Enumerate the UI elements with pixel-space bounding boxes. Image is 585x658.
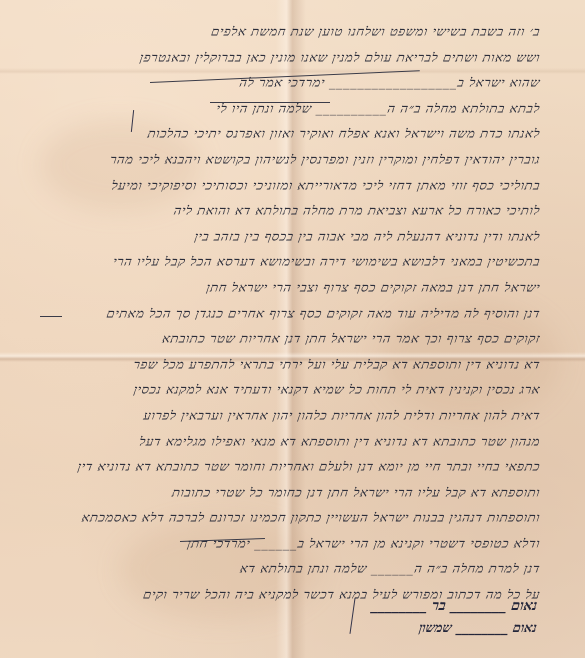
text-line: גוברין יהודאין דפלחין ומוקרין וזנין ומפר… — [48, 149, 541, 173]
text-line: ושש מאות ושתים לבריאת עולם למנין שאנו מו… — [48, 47, 541, 71]
signature-witness-1: נאום ________ בר ________ — [370, 598, 538, 615]
blank-fill-stroke — [40, 316, 62, 317]
signature-witness-2: נאום ________ שמשון — [418, 620, 538, 636]
text-line: ב׳ וזה בשבת בשישי ומשפט ושלחנו טוען שנת … — [48, 21, 541, 45]
text-line: לאנתו כדת משה וישראל ואנא אפלח ואוקיר וא… — [48, 123, 541, 147]
text-line: כתפאי בחיי ובתר חיי מן יומא דנן ולעלם וא… — [48, 456, 541, 480]
blank-fill-stroke — [210, 102, 330, 103]
text-line: לאנתו ודין נדוניא דהנעלת ליה מבי אבוה בי… — [48, 226, 541, 250]
text-line: דנן והוסיף לה מדיליה עוד מאה זקוקים כסף … — [48, 303, 541, 327]
text-line: בתכשיטין במאני דלבושא בשימושי דירה ובשימ… — [48, 251, 541, 275]
text-line: מנהון שטר כתובתא דא נדוניא דין ותוספתא ד… — [48, 431, 541, 455]
text-line: ותוספתות דנהגין בבנות ישראל העשויין כתקו… — [48, 507, 541, 531]
text-line: ותוספתא דא קבל עליו הרי ישראל חתן דנן כח… — [48, 482, 541, 506]
text-line: בתוליכי כסף זוזי מאתן דחזי ליכי מדאוריית… — [48, 175, 541, 199]
document-page: ב׳ וזה בשבת בשישי ומשפט ושלחנו טוען שנת … — [0, 0, 585, 658]
text-line: דאית להון אחריות ודלית להון אחריות כלהון… — [48, 405, 541, 429]
text-line: דנן למרת מחלה ב״ה ה______ שלמה ונתן בתול… — [48, 558, 541, 582]
text-line: ארג נכסין וקנינין דאית לי תחות כל שמיא ד… — [48, 379, 541, 403]
text-line: ישראל חתן דנן במאה זקוקים כסף צרוף וצבי … — [48, 277, 541, 301]
handwritten-text-body: ב׳ וזה בשבת בשישי ומשפט ושלחנו טוען שנת … — [50, 20, 540, 609]
text-line: דא נדוניא דין ותוספתא דא קבלית עלי ועל י… — [48, 354, 541, 378]
text-line: זקוקים כסף צרוף וכך אמר הרי ישראל חתן דנ… — [48, 328, 541, 352]
text-line: ודלא כטופסי דשטרי וקנינא מן הרי ישראל ב_… — [48, 533, 541, 557]
text-line: לותיכי כאורח כל ארעא וצביאת מרת מחלה בתו… — [48, 200, 541, 224]
